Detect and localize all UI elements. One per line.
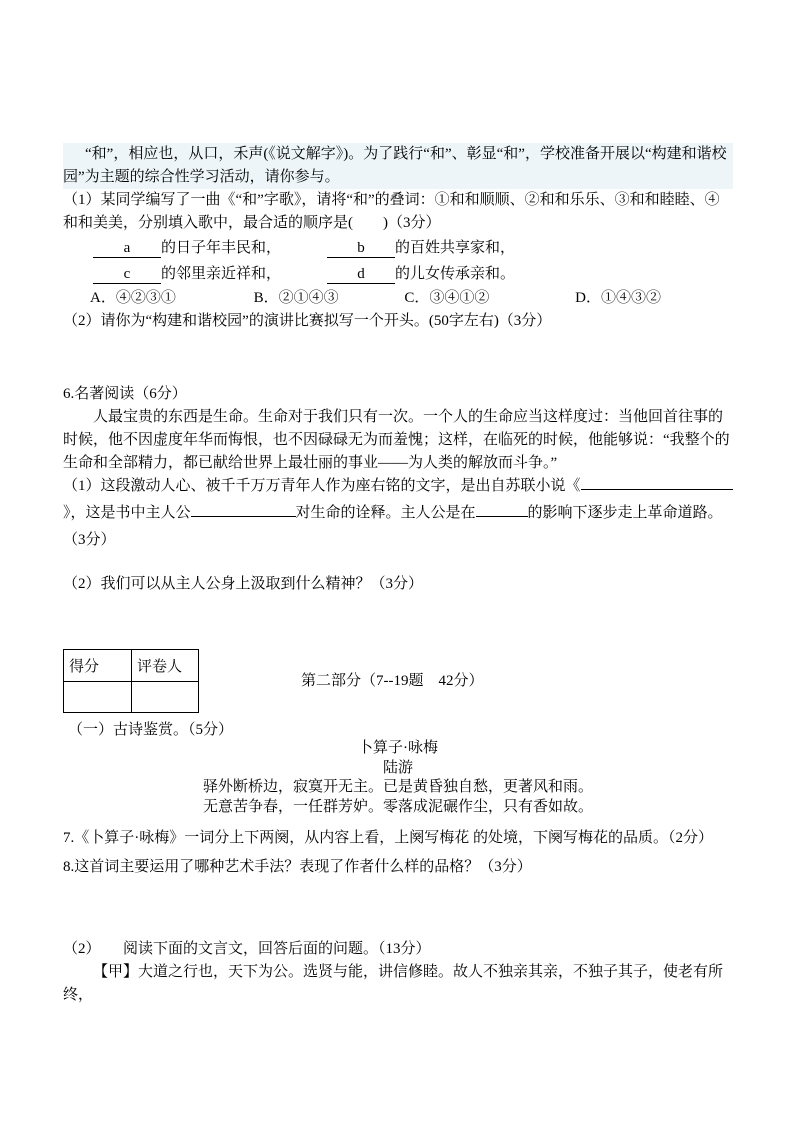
question-8: 8.这首词主要运用了哪种艺术手法？表现了作者什么样的品格？（3分）: [63, 856, 733, 879]
option-c: C．③④①②: [404, 287, 489, 310]
answer-blank-b: b: [327, 239, 395, 258]
blank-a-letter: a: [124, 240, 131, 256]
score-table-header-grader: 评卷人: [132, 650, 199, 682]
fill-text-d: 的儿女传承亲和。: [395, 266, 515, 282]
classical-passage-jia: 【甲】大道之行也，天下为公。选贤与能，讲信修睦。故人不独亲其亲，不独子其子，使老…: [63, 961, 733, 1007]
intro-highlighted-passage: “和”，相应也，从口，禾声(《说文解字》)。为了践行“和”、彰显“和”，学校准备…: [63, 143, 733, 189]
option-a: A．④②③①: [90, 287, 176, 310]
blank-d-letter: d: [357, 266, 365, 282]
choice-options-row: A．④②③① B．②①④③ C．③④①② D．①④③②: [63, 287, 733, 310]
fill-text-b: 的百姓共享家和，: [395, 240, 515, 256]
novel-q1-seg3: 对生命的诠释。主人公是在: [296, 505, 476, 521]
fill-line-cd: c的邻里亲近祥和，d的儿女传承亲和。: [93, 261, 733, 287]
blank-c-letter: c: [124, 266, 131, 282]
poem-line-2: 无意苦争春，一任群芳妒。零落成泥碾作尘，只有香如故。: [63, 798, 733, 818]
novel-question-2: （2）我们可以从主人公身上汲取到什么精神？（3分）: [63, 573, 733, 596]
option-d: D．①④③②: [575, 287, 661, 310]
poem-line-1: 驿外断桥边，寂寞开无主。已是黄昏独自愁，更著风和雨。: [63, 778, 733, 798]
score-table-cell-grader: [132, 682, 199, 713]
novel-q1-seg1: （1）这段激动人心、被千千万万青年人作为座右铭的文字，是出自苏联小说《: [63, 478, 581, 494]
question-1: （1）某同学编写了一曲《“和”字歌》，请将“和”的叠词：①和和顺顺、②和和乐乐、…: [63, 189, 733, 235]
answer-blank-d: d: [327, 265, 395, 284]
poem-block: 卜算子·咏梅 陆游 驿外断桥边，寂寞开无主。已是黄昏独自愁，更著风和雨。 无意苦…: [63, 739, 733, 817]
fill-line-ab: a的日子年丰民和，b的百姓共享家和，: [93, 235, 733, 261]
score-table-row: 得分 评卷人 第二部分（7--19题 42分）: [63, 649, 733, 716]
poem-author: 陆游: [63, 759, 733, 779]
exam-content: “和”，相应也，从口，禾声(《说文解字》)。为了践行“和”、彰显“和”，学校准备…: [63, 143, 733, 1007]
answer-blank-novel-title: [581, 474, 733, 490]
exam-page: “和”，相应也，从口，禾声(《说文解字》)。为了践行“和”、彰显“和”，学校准备…: [0, 0, 794, 1123]
question-7: 7.《卜算子·咏梅》一词分上下两阕，从内容上看，上阕写梅花 的处境，下阕写梅花的…: [63, 827, 733, 850]
classical-section-heading: （2） 阅读下面的文言文，回答后面的问题。（13分）: [63, 938, 733, 961]
blank-b-letter: b: [357, 240, 365, 256]
score-table-header-score: 得分: [64, 650, 132, 682]
answer-blank-a: a: [93, 239, 161, 258]
novel-passage: 人最宝贵的东西是生命。生命对于我们只有一次。一个人的生命应当这样度过：当他回首往…: [63, 406, 733, 475]
section6-heading: 6.名著阅读（6分）: [63, 383, 733, 406]
score-table: 得分 评卷人: [63, 649, 199, 713]
score-table-cell-score: [64, 682, 132, 713]
question-2: （2）请你为“构建和谐校园”的演讲比赛拟写一个开头。(50字左右)（3分）: [63, 310, 733, 333]
part2-heading: 第二部分（7--19题 42分）: [301, 670, 484, 693]
option-b: B．②①④③: [254, 287, 339, 310]
novel-question-1: （1）这段激动人心、被千千万万青年人作为座右铭的文字，是出自苏联小说《》，这是书…: [63, 473, 733, 554]
fill-text-c: 的邻里亲近祥和，: [161, 266, 281, 282]
answer-blank-protagonist: [191, 501, 296, 517]
fill-text-a: 的日子年丰民和，: [161, 240, 281, 256]
answer-blank-c: c: [93, 265, 161, 284]
novel-q1-seg2: 》，这是书中主人公: [63, 505, 191, 521]
answer-blank-influence: [476, 501, 528, 517]
